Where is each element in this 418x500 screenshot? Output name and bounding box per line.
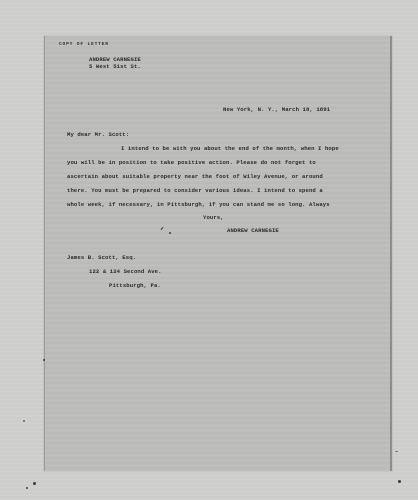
body-line: there. You must be prepared to consider … (67, 187, 323, 194)
smudge (395, 451, 398, 452)
copy-of-letter-label: COPY OF LETTER (59, 42, 109, 47)
recipient-city: Pittsburgh, Pa. (109, 282, 161, 289)
scan-speck (43, 359, 45, 361)
scan-speck (33, 482, 36, 485)
pencil-check-mark (160, 227, 163, 231)
body-line: ascertain about suitable property near t… (67, 173, 323, 180)
place-date: New York, N. Y., March 18, 1891 (223, 106, 330, 113)
closing: Yours, (203, 214, 224, 221)
letterhead-address: 5 West 51st St. (89, 63, 141, 70)
letterhead-name: ANDREW CARNEGIE (89, 56, 141, 63)
scan-speck (398, 480, 401, 483)
body-line: you will be in position to take positive… (67, 159, 316, 166)
ink-mark (169, 232, 171, 234)
scan-speck (26, 487, 28, 489)
recipient-street: 122 & 124 Second Ave. (89, 268, 162, 275)
body-line: I intend to be with you about the end of… (121, 145, 339, 152)
letter-page: COPY OF LETTER ANDREW CARNEGIE 5 West 51… (44, 36, 392, 471)
signature: ANDREW CARNEGIE (227, 227, 279, 234)
body-line: whole week, if necessary, in Pittsburgh,… (67, 201, 330, 208)
recipient-name: James B. Scott, Esq. (67, 254, 136, 261)
salutation: My dear Mr. Scott: (67, 131, 129, 138)
scan-speck (23, 420, 25, 422)
